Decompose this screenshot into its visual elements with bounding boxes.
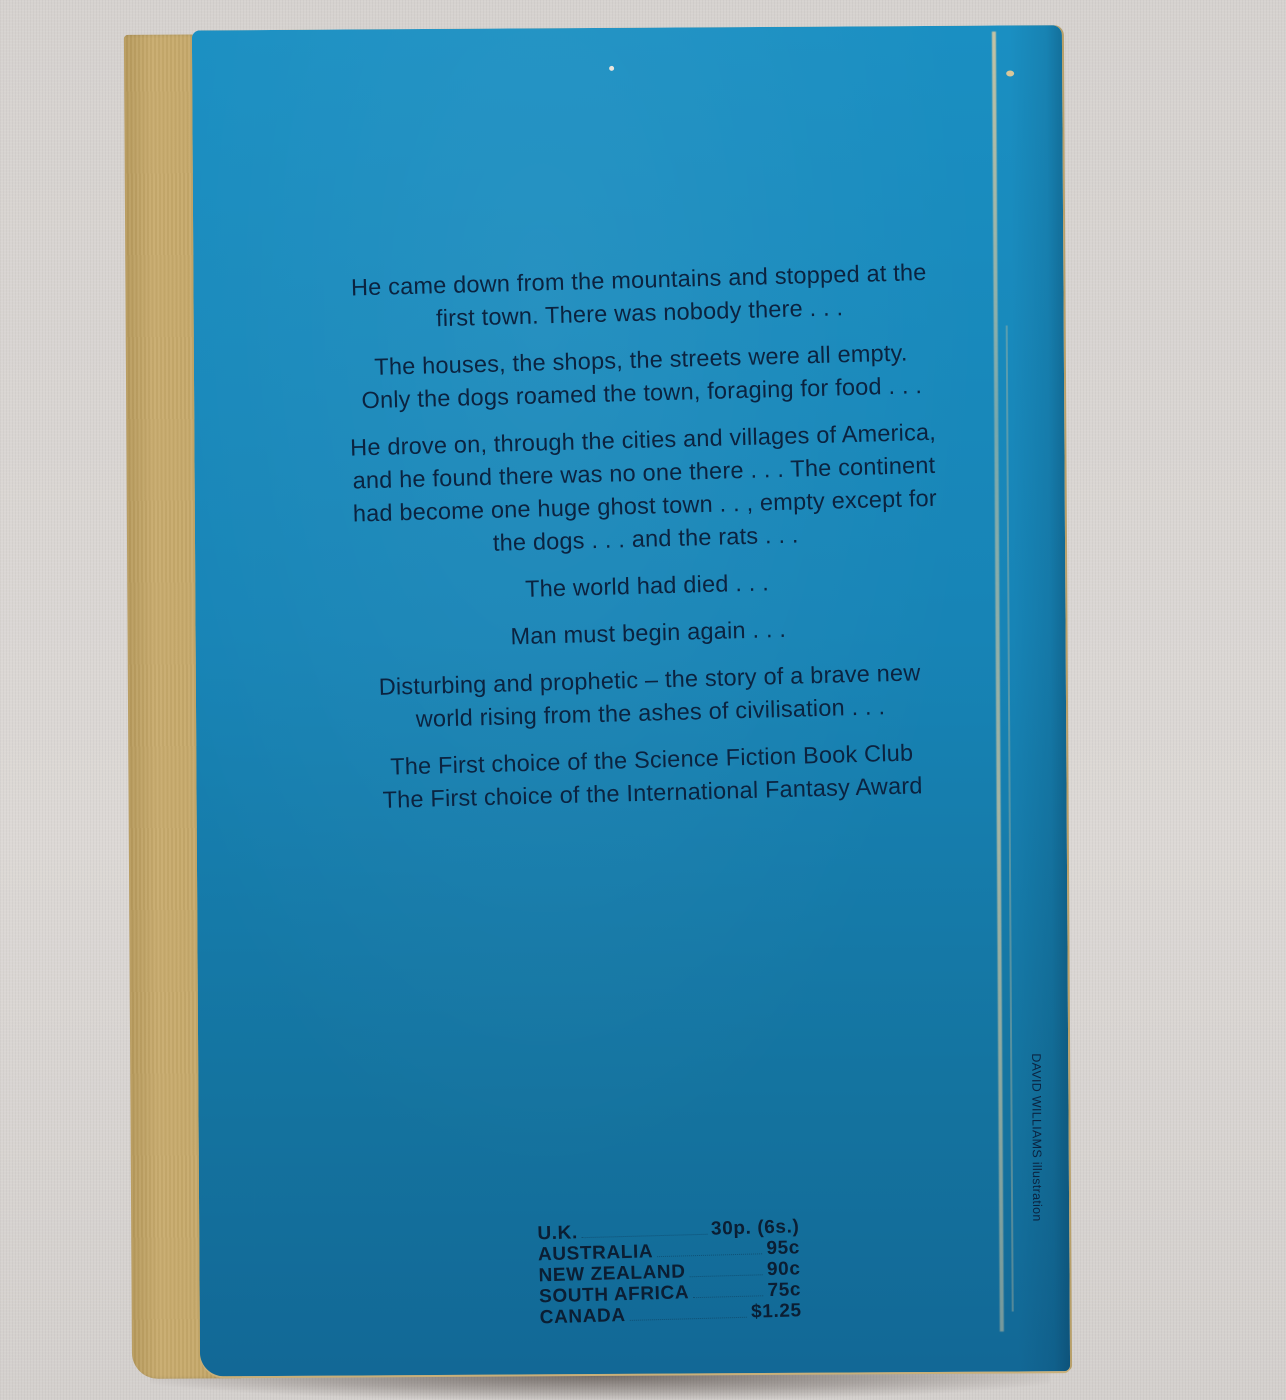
blurb-paragraph: Disturbing and prophetic – the story of … <box>284 654 1016 740</box>
illustration-credit: David Williams illustration <box>1029 1053 1044 1221</box>
blurb-paragraph: The First choice of the Science Fiction … <box>286 734 1018 820</box>
blurb-paragraph: He drove on, through the cities and vill… <box>278 414 1011 566</box>
blurb-line: The world had died . . . <box>282 560 1013 613</box>
price-value: 90c <box>767 1258 801 1280</box>
blurb-line: Man must begin again . . . <box>283 607 1014 660</box>
price-value: 75c <box>767 1279 801 1301</box>
wear-speck <box>609 66 614 71</box>
blurb-paragraph: He came down from the mountains and stop… <box>273 254 1005 340</box>
price-value: 95c <box>766 1237 800 1259</box>
back-cover: He came down from the mountains and stop… <box>192 25 1070 1376</box>
price-region: SOUTH AFRICA <box>539 1282 690 1307</box>
price-leader <box>582 1234 707 1238</box>
price-value: 30p. (6s.) <box>711 1216 800 1239</box>
price-leader <box>690 1274 764 1277</box>
price-leader <box>693 1295 763 1298</box>
price-leader <box>657 1253 762 1257</box>
wear-speck <box>1006 70 1014 76</box>
illustrator-name: David Williams <box>1029 1053 1044 1158</box>
credit-role: illustration <box>1030 1162 1044 1222</box>
blurb-paragraph: The houses, the shops, the streets were … <box>276 334 1008 420</box>
blurb-paragraph: Man must begin again . . . <box>283 607 1014 660</box>
price-leader <box>630 1317 747 1321</box>
price-table: U.K. 30p. (6s.) AUSTRALIA 95c NEW ZEALAN… <box>537 1216 802 1328</box>
paperback-book: He came down from the mountains and stop… <box>124 25 1070 1383</box>
blurb-paragraph: The world had died . . . <box>282 560 1013 613</box>
price-region: CANADA <box>539 1305 625 1328</box>
price-region: U.K. <box>537 1222 578 1244</box>
blurb-text: He came down from the mountains and stop… <box>273 254 1018 834</box>
price-value: $1.25 <box>751 1300 802 1322</box>
